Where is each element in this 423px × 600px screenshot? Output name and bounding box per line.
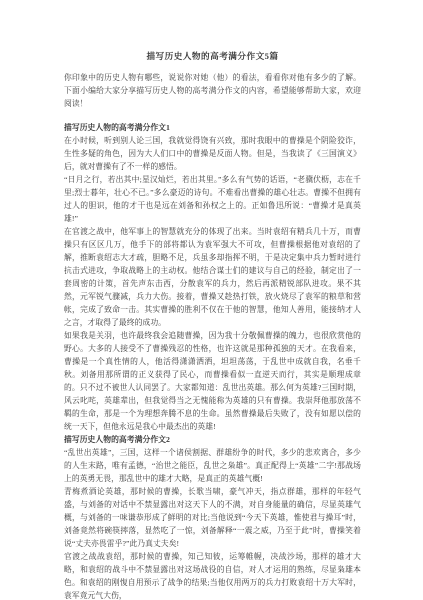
section-1-heading: 描写历史人物的高考满分作文1: [64, 121, 361, 134]
section-2-heading: 描写历史人物的高考满分作文2: [64, 433, 361, 446]
essay-1-paragraph-3: 在官渡之战中，他军事上的智慧就充分的体现了出来。当时袁绍有精兵几十万，而曹操只有…: [64, 225, 361, 329]
essay-1-paragraph-2: “日月之行，若出其中;星汉灿烂，若出其里。”多么有气势的话语，“老骥伏枥，志在千…: [64, 173, 361, 225]
intro-paragraph: 你印象中的历史人物有哪些，说说你对她（他）的看法，看看你对他有多少的了解。下面小…: [64, 71, 361, 110]
document-page: 描写历史人物的高考满分作文5篇 你印象中的历史人物有哪些，说说你对她（他）的看法…: [0, 0, 423, 600]
essay-2-paragraph-3: 官渡之战战袁绍，那时候的曹操，知己知彼，运筹帷幄，决战沙场，那样的雄才大略，和袁…: [64, 550, 361, 600]
document-title: 描写历史人物的高考满分作文5篇: [64, 50, 361, 62]
essay-section-1: 描写历史人物的高考满分作文1 在小时候，听到别人论三国，我就觉得饶有兴致，那时我…: [64, 121, 361, 433]
essay-1-paragraph-4: 如果我是关羽，也许最终我会追随曹操，因为我十分敬佩曹操的魄力，也很欣赏他的野心。…: [64, 329, 361, 433]
essay-2-paragraph-1: “乱世出英雄”，三国，这样一个诸侯割据、群雄纷争的时代，多少的悲欢离合，多少的人…: [64, 446, 361, 485]
essay-2-paragraph-2: 青梅煮酒论英雄，那时候的曹操，长歌当啸，豪气冲天，指点群雄，那样的年轻气盛，与刘…: [64, 485, 361, 550]
essay-1-paragraph-1: 在小时候，听到别人论三国，我就觉得饶有兴致，那时我眼中的曹操是个阴险狡诈，生性多…: [64, 134, 361, 173]
essay-section-2: 描写历史人物的高考满分作文2 “乱世出英雄”，三国，这样一个诸侯割据、群雄纷争的…: [64, 433, 361, 600]
